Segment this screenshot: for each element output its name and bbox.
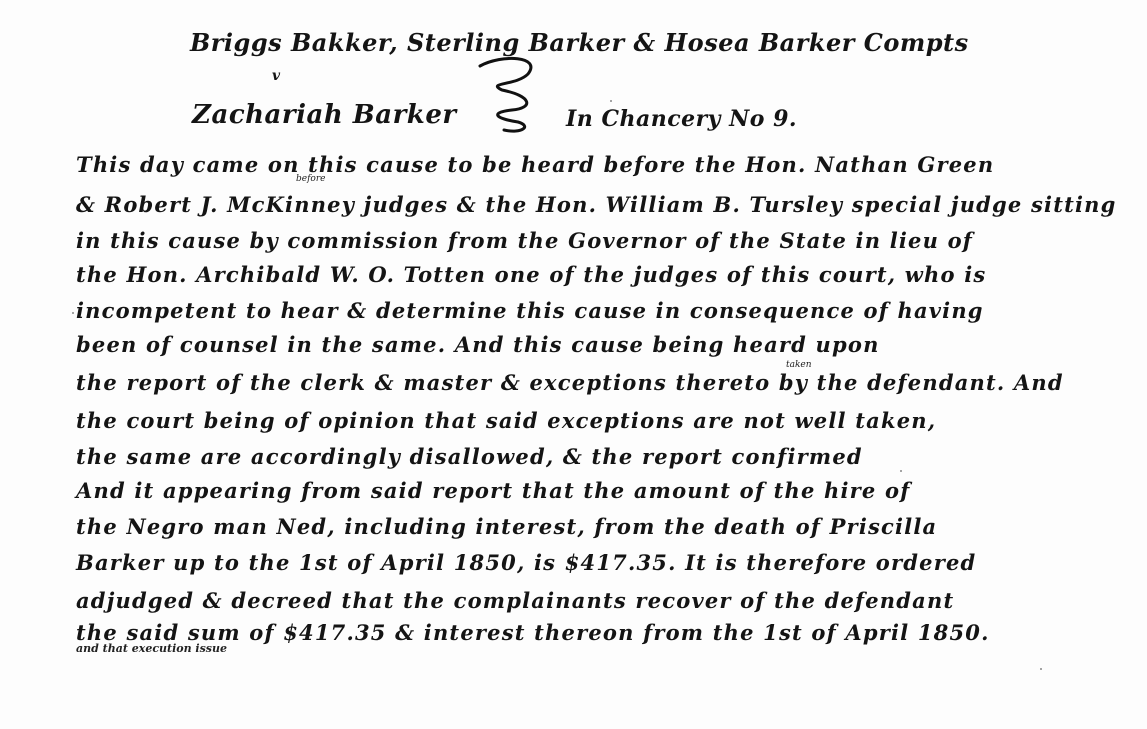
heading-court: In Chancery No 9. xyxy=(566,106,797,132)
body-line-2: & Robert J. McKinney judges & the Hon. W… xyxy=(76,192,1117,217)
body-line-7: the report of the clerk & master & excep… xyxy=(76,370,1064,395)
body-line-13: adjudged & decreed that the complainants… xyxy=(76,588,954,613)
paper-speck xyxy=(72,312,74,314)
body-line-1: This day came on this cause to be heard … xyxy=(76,152,994,177)
heading-complainants: Briggs Bakker, Sterling Barker & Hosea B… xyxy=(190,28,969,57)
addendum-note: and that execution issue xyxy=(76,642,227,655)
paper-speck xyxy=(610,100,612,102)
body-line-10: And it appearing from said report that t… xyxy=(76,478,910,503)
body-line-4: the Hon. Archibald W. O. Totten one of t… xyxy=(76,262,986,287)
body-line-11: the Negro man Ned, including interest, f… xyxy=(76,514,937,539)
manuscript-page: Briggs Bakker, Sterling Barker & Hosea B… xyxy=(0,0,1147,729)
body-line-6: been of counsel in the same. And this ca… xyxy=(76,332,880,357)
interlinear-taken: taken xyxy=(786,360,812,370)
body-line-8: the court being of opinion that said exc… xyxy=(76,408,936,433)
body-line-12: Barker up to the 1st of April 1850, is $… xyxy=(76,550,976,575)
heading-versus: v xyxy=(272,68,281,84)
heading-defendant: Zachariah Barker xyxy=(192,100,457,130)
paper-speck xyxy=(900,470,902,472)
body-line-9: the same are accordingly disallowed, & t… xyxy=(76,444,863,469)
body-line-3: in this cause by commission from the Gov… xyxy=(76,228,973,253)
paper-speck xyxy=(1040,668,1042,670)
body-line-5: incompetent to hear & determine this cau… xyxy=(76,298,984,323)
bracket-flourish-icon xyxy=(462,56,552,136)
